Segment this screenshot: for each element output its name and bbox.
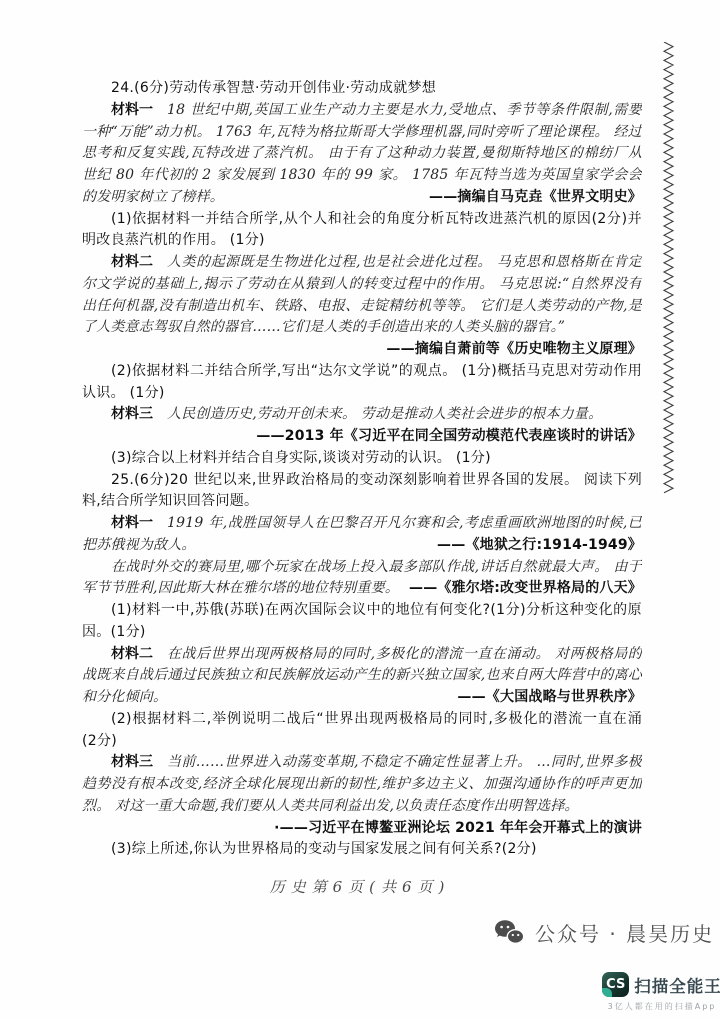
exam-line: (2)依据材料二并结合所学,写出“达尔文学说”的观点。 (1分)概括马克思对劳动…: [82, 361, 642, 383]
exam-line: 的发明家树立了榜样。——摘编自马克垚《世界文明史》: [82, 187, 642, 209]
exam-line: 了人类意志驾驭自然的器官……它们是人类的手创造出来的人类头脑的器官。”: [82, 317, 642, 339]
exam-line: 材料二在战后世界出现两极格局的同时,多极化的潜流一直在涌动。 对两极格局的挑: [82, 644, 642, 666]
line-text: 一种“万能”动力机。 1763 年,瓦特为格拉斯哥大学修理机器,同时旁听了理论课…: [82, 122, 642, 144]
exam-line: 在战时外交的赛局里,哪个玩家在战场上投入最多部队作战,讲话自然就最大声。 由于红: [82, 557, 642, 579]
exam-lines: 24.(6分)劳动传承智慧·劳动开创伟业·劳动成就梦想材料一18 世纪中期,英国…: [82, 78, 642, 861]
line-text: (2)依据材料二并结合所学,写出“达尔文学说”的观点。 (1分)概括马克思对劳动…: [111, 361, 642, 383]
exam-line: 材料三人民创造历史,劳动开创未来。 劳动是推动人类社会进步的根本力量。: [82, 404, 642, 426]
line-text: 和分化倾向。: [82, 687, 167, 709]
exam-line: 材料一18 世纪中期,英国工业生产动力主要是水力,受地点、季节等条件限制,需要发…: [82, 100, 642, 122]
line-text: 烈。 对这一重大命题,我们要从人类共同利益出发,以负责任态度作出明智选择。: [82, 796, 579, 818]
wechat-watermark: 公众号 · 晨昊历史: [494, 916, 714, 948]
line-text: (2)根据材料二,举例说明二战后“世界出现两极格局的同时,多极化的潜流一直在涌动…: [111, 709, 642, 731]
camscanner-tagline: 3亿人都在用的扫描App: [608, 1001, 717, 1012]
scanned-exam-page: 24.(6分)劳动传承智慧·劳动开创伟业·劳动成就梦想材料一18 世纪中期,英国…: [0, 0, 720, 1019]
exam-line: 明改良蒸汽机的作用。 (1分): [82, 230, 642, 252]
exam-line: ——摘编自萧前等《历史唯物主义原理》: [82, 339, 642, 361]
line-text: ——2013 年《习近平在同全国劳动模范代表座谈时的讲话》: [256, 426, 642, 448]
exam-line: (2)根据材料二,举例说明二战后“世界出现两极格局的同时,多极化的潜流一直在涌动…: [82, 709, 642, 731]
exam-line: 因。(1分): [82, 622, 642, 644]
line-text: (1)材料一中,苏俄(苏联)在两次国际会议中的地位有何变化?(1分)分析这种变化…: [111, 600, 642, 622]
material-label: 材料一: [111, 100, 153, 122]
exam-line: 认识。 (1分): [82, 383, 642, 405]
line-text: (2分): [82, 731, 117, 753]
camscanner-badge-text: CS: [606, 977, 625, 992]
exam-line: ——2013 年《习近平在同全国劳动模范代表座谈时的讲话》: [82, 426, 642, 448]
exam-line: 材料一1919 年,战胜国领导人在巴黎召开凡尔赛和会,考虑重画欧洲地图的时候,已…: [82, 513, 642, 535]
line-text: 世纪 80 年代初的 2 家发展到 1830 年的 99 家。 1785 年瓦特…: [82, 165, 642, 187]
exam-line: 材料三当前……世界进入动荡变革期,不稳定不确定性显著上升。 …同时,世界多极化: [82, 752, 642, 774]
exam-line: 烈。 对这一重大命题,我们要从人类共同利益出发,以负责任态度作出明智选择。: [82, 796, 642, 818]
line-text: 人民创造历史,劳动开创未来。 劳动是推动人类社会进步的根本力量。: [167, 404, 602, 426]
exam-line: 出任何机器,没有制造出机车、铁路、电报、走锭精纺机等等。 它们是人类劳动的产物,…: [82, 296, 642, 318]
exam-line: (3)综合以上材料并结合自身实际,谈谈对劳动的认识。 (1分): [82, 448, 642, 470]
material-label: 材料三: [111, 752, 153, 774]
camscanner-name: 扫描全能王: [634, 973, 720, 997]
source-citation: ——摘编自马克垚《世界文明史》: [429, 187, 642, 209]
binding-zigzag-decoration: [662, 42, 678, 502]
line-text: 了人类意志驾驭自然的器官……它们是人类的手创造出来的人类头脑的器官。”: [82, 317, 565, 339]
exam-line: (3)综上所述,你认为世界格局的变动与国家发展之间有何关系?(2分): [82, 839, 642, 861]
line-text: 25.(6分)20 世纪以来,世界政治格局的变动深刻影响着世界各国的发展。 阅读…: [111, 470, 642, 492]
line-text: ·——习近平在博鳌亚洲论坛 2021 年年会开幕式上的演讲: [274, 818, 642, 840]
line-text: 人类的起源既是生物进化过程,也是社会进化过程。 马克思和恩格斯在肯定达: [167, 252, 642, 274]
exam-line: 一种“万能”动力机。 1763 年,瓦特为格拉斯哥大学修理机器,同时旁听了理论课…: [82, 122, 642, 144]
line-text: 24.(6分)劳动传承智慧·劳动开创伟业·劳动成就梦想: [111, 78, 436, 100]
line-text: (3)综上所述,你认为世界格局的变动与国家发展之间有何关系?(2分): [111, 839, 537, 861]
exam-line: 料,结合所学知识回答问题。: [82, 491, 642, 513]
line-text: 1919 年,战胜国领导人在巴黎召开凡尔赛和会,考虑重画欧洲地图的时候,已经: [167, 513, 642, 535]
line-text: 趋势没有根本改变,经济全球化展现出新的韧性,维护多边主义、加强沟通协作的呼声更加…: [82, 774, 642, 796]
line-text: 因。(1分): [82, 622, 146, 644]
line-text: 18 世纪中期,英国工业生产动力主要是水力,受地点、季节等条件限制,需要发明: [167, 100, 642, 122]
exam-line: 战既来自战后通过民族独立和民族解放运动产生的新兴独立国家,也来自两大阵营中的离心: [82, 665, 642, 687]
line-text: 战既来自战后通过民族独立和民族解放运动产生的新兴独立国家,也来自两大阵营中的离心: [82, 665, 642, 687]
camscanner-logo-row: CS 扫描全能王: [602, 972, 720, 997]
exam-line: 材料二人类的起源既是生物进化过程,也是社会进化过程。 马克思和恩格斯在肯定达: [82, 252, 642, 274]
source-citation: ——《地狱之行:1914-1949》: [437, 535, 642, 557]
line-text: 军节节胜利,因此斯大林在雅尔塔的地位特别重要。: [82, 578, 399, 600]
line-text: (3)综合以上材料并结合自身实际,谈谈对劳动的认识。 (1分): [111, 448, 491, 470]
line-text: 的发明家树立了榜样。: [82, 187, 224, 209]
exam-line: 24.(6分)劳动传承智慧·劳动开创伟业·劳动成就梦想: [82, 78, 642, 100]
line-text: 把苏俄视为敌人。: [82, 535, 196, 557]
line-text: 当前……世界进入动荡变革期,不稳定不确定性显著上升。 …同时,世界多极化: [167, 752, 642, 774]
material-label: 材料二: [111, 644, 153, 666]
exam-line: ·——习近平在博鳌亚洲论坛 2021 年年会开幕式上的演讲: [82, 818, 642, 840]
exam-line: 世纪 80 年代初的 2 家发展到 1830 年的 99 家。 1785 年瓦特…: [82, 165, 642, 187]
exam-line: 思考和反复实践,瓦特改进了蒸汽机。 由于有了这种动力装置,曼彻斯特地区的棉纺厂从…: [82, 143, 642, 165]
wechat-icon: [494, 919, 526, 946]
material-label: 材料三: [111, 404, 153, 426]
source-citation: ——《大国战略与世界秩序》: [457, 687, 642, 709]
camscanner-mark: CS 扫描全能王 3亿人都在用的扫描App: [610, 972, 714, 1012]
line-text: 出任何机器,没有制造出机车、铁路、电报、走锭精纺机等等。 它们是人类劳动的产物,…: [82, 296, 642, 318]
page-footer: 历史第6页(共6页): [0, 876, 720, 897]
exam-line: 把苏俄视为敌人。——《地狱之行:1914-1949》: [82, 535, 642, 557]
line-text: 明改良蒸汽机的作用。 (1分): [82, 230, 265, 252]
wechat-account-label: 公众号 · 晨昊历史: [535, 918, 714, 947]
exam-line: (1)依据材料一并结合所学,从个人和社会的角度分析瓦特改进蒸汽机的原因(2分)并…: [82, 209, 642, 231]
exam-line: 和分化倾向。——《大国战略与世界秩序》: [82, 687, 642, 709]
line-text: 在战后世界出现两极格局的同时,多极化的潜流一直在涌动。 对两极格局的挑: [167, 644, 642, 666]
line-text: 尔文学说的基础上,揭示了劳动在从猿到人的转变过程中的作用。 马克思说:“自然界没…: [82, 274, 642, 296]
source-citation: ——《雅尔塔:改变世界格局的八天》: [409, 578, 642, 600]
exam-line: 趋势没有根本改变,经济全球化展现出新的韧性,维护多边主义、加强沟通协作的呼声更加…: [82, 774, 642, 796]
line-text: 料,结合所学知识回答问题。: [82, 491, 258, 513]
exam-line: 25.(6分)20 世纪以来,世界政治格局的变动深刻影响着世界各国的发展。 阅读…: [82, 470, 642, 492]
line-text: ——摘编自萧前等《历史唯物主义原理》: [386, 339, 642, 361]
zigzag-path: [664, 42, 673, 493]
line-text: 在战时外交的赛局里,哪个玩家在战场上投入最多部队作战,讲话自然就最大声。 由于红: [111, 557, 642, 579]
exam-line: 军节节胜利,因此斯大林在雅尔塔的地位特别重要。——《雅尔塔:改变世界格局的八天》: [82, 578, 642, 600]
material-label: 材料一: [111, 513, 153, 535]
line-text: (1)依据材料一并结合所学,从个人和社会的角度分析瓦特改进蒸汽机的原因(2分)并…: [111, 209, 642, 231]
camscanner-badge-icon: CS: [602, 972, 629, 997]
exam-line: (2分): [82, 731, 642, 753]
exam-line: 尔文学说的基础上,揭示了劳动在从猿到人的转变过程中的作用。 马克思说:“自然界没…: [82, 274, 642, 296]
line-text: 认识。 (1分): [82, 383, 165, 405]
material-label: 材料二: [111, 252, 153, 274]
line-text: 思考和反复实践,瓦特改进了蒸汽机。 由于有了这种动力装置,曼彻斯特地区的棉纺厂从…: [82, 143, 642, 165]
exam-line: (1)材料一中,苏俄(苏联)在两次国际会议中的地位有何变化?(1分)分析这种变化…: [82, 600, 642, 622]
